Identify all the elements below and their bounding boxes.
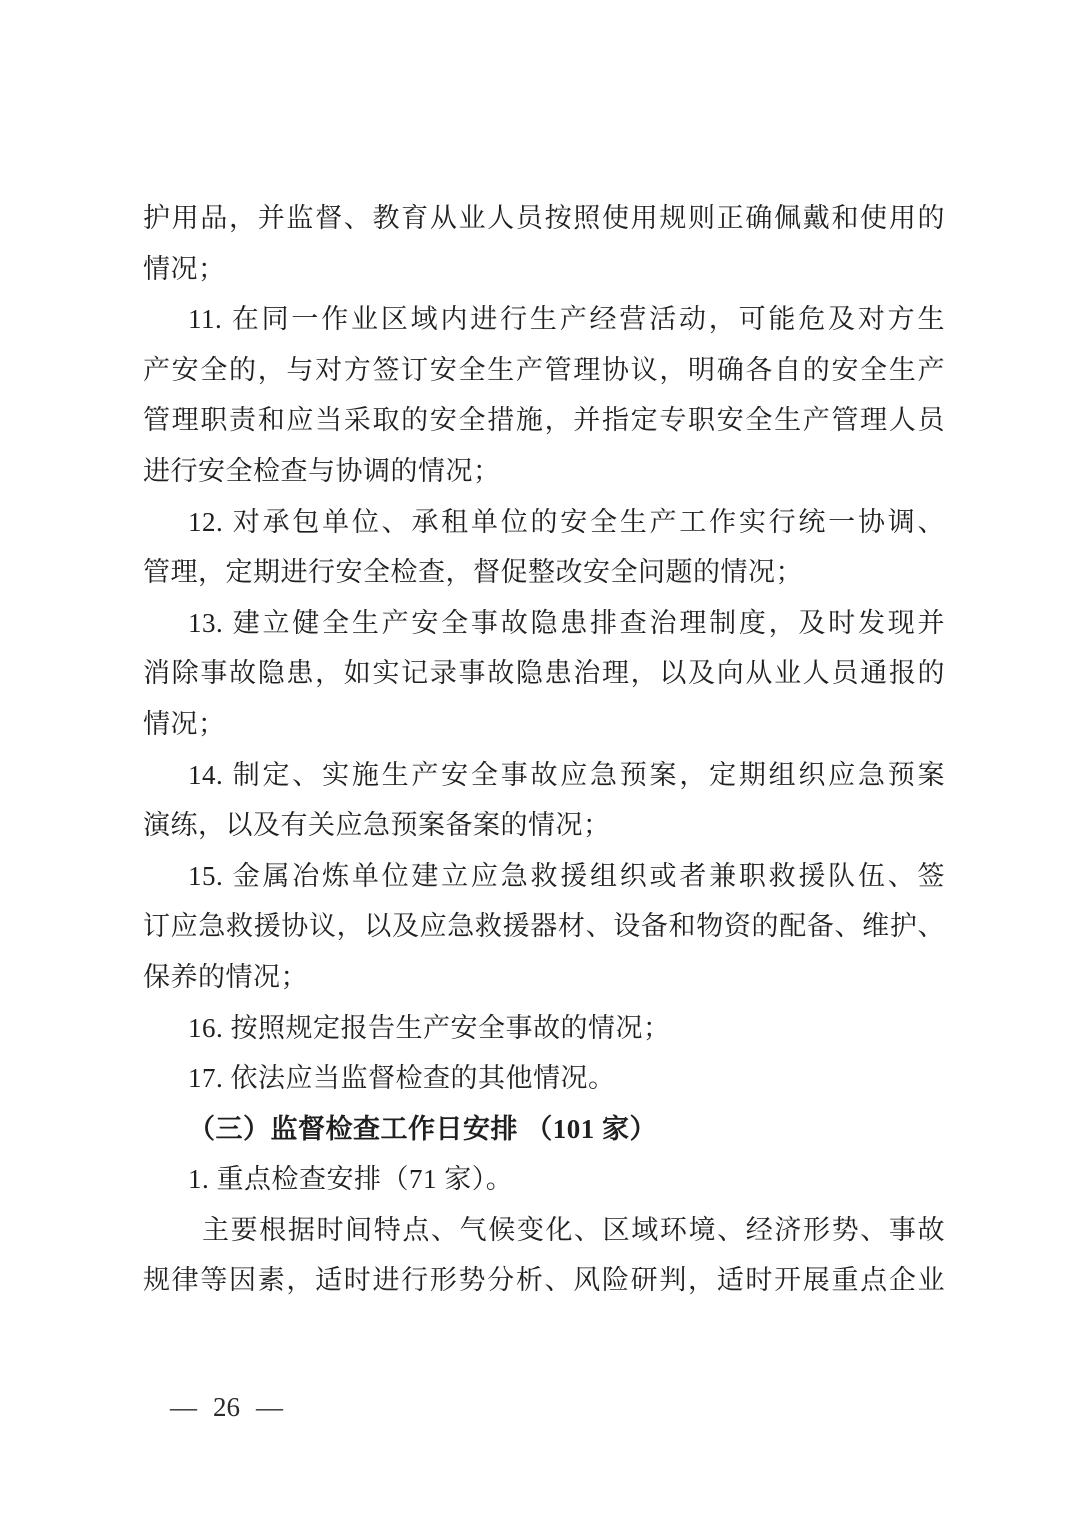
body-line: 情况；: [143, 699, 945, 750]
body-line: 订应急救援协议，以及应急救援器材、设备和物资的配备、维护、: [143, 901, 945, 952]
list-item-11: 11. 在同一作业区域内进行生产经营活动，可能危及对方生: [143, 294, 945, 345]
document-page: 护用品，并监督、教育从业人员按照使用规则正确佩戴和使用的 情况； 11. 在同一…: [0, 0, 1074, 1520]
body-line: 管理职责和应当采取的安全措施，并指定专职安全生产管理人员: [143, 395, 945, 446]
body-line: 护用品，并监督、教育从业人员按照使用规则正确佩戴和使用的: [143, 193, 945, 244]
list-item-17: 17. 依法应当监督检查的其他情况。: [143, 1053, 945, 1104]
body-line: 产安全的，与对方签订安全生产管理协议，明确各自的安全生产: [143, 345, 945, 396]
body-line: 消除事故隐患，如实记录事故隐患治理，以及向从业人员通报的: [143, 648, 945, 699]
body-line: 主要根据时间特点、气候变化、区域环境、经济形势、事故: [143, 1205, 945, 1256]
body-line: 管理，定期进行安全检查，督促整改安全问题的情况；: [143, 547, 945, 598]
footer-page-number: 26: [213, 1390, 240, 1424]
list-item-15: 15. 金属冶炼单位建立应急救援组织或者兼职救援队伍、签: [143, 851, 945, 902]
body-line: 规律等因素，适时进行形势分析、风险研判，适时开展重点企业: [143, 1255, 945, 1306]
body-line: 情况；: [143, 244, 945, 295]
footer-dash-left: —: [170, 1390, 197, 1424]
footer-dash-right: —: [256, 1390, 283, 1424]
body-line: 保养的情况；: [143, 952, 945, 1003]
section-heading: （三）监督检查工作日安排 （101 家）: [143, 1104, 945, 1155]
list-item-16: 16. 按照规定报告生产安全事故的情况；: [143, 1003, 945, 1054]
list-item-13: 13. 建立健全生产安全事故隐患排查治理制度，及时发现并: [143, 598, 945, 649]
body-line: 演练，以及有关应急预案备案的情况；: [143, 800, 945, 851]
page-number: — 26 —: [170, 1390, 283, 1424]
body-line: 进行安全检查与协调的情况；: [143, 446, 945, 497]
sub-item-1: 1. 重点检查安排（71 家）。: [143, 1154, 945, 1205]
list-item-14: 14. 制定、实施生产安全事故应急预案，定期组织应急预案: [143, 750, 945, 801]
document-body: 护用品，并监督、教育从业人员按照使用规则正确佩戴和使用的 情况； 11. 在同一…: [143, 193, 945, 1306]
list-item-12: 12. 对承包单位、承租单位的安全生产工作实行统一协调、: [143, 497, 945, 548]
